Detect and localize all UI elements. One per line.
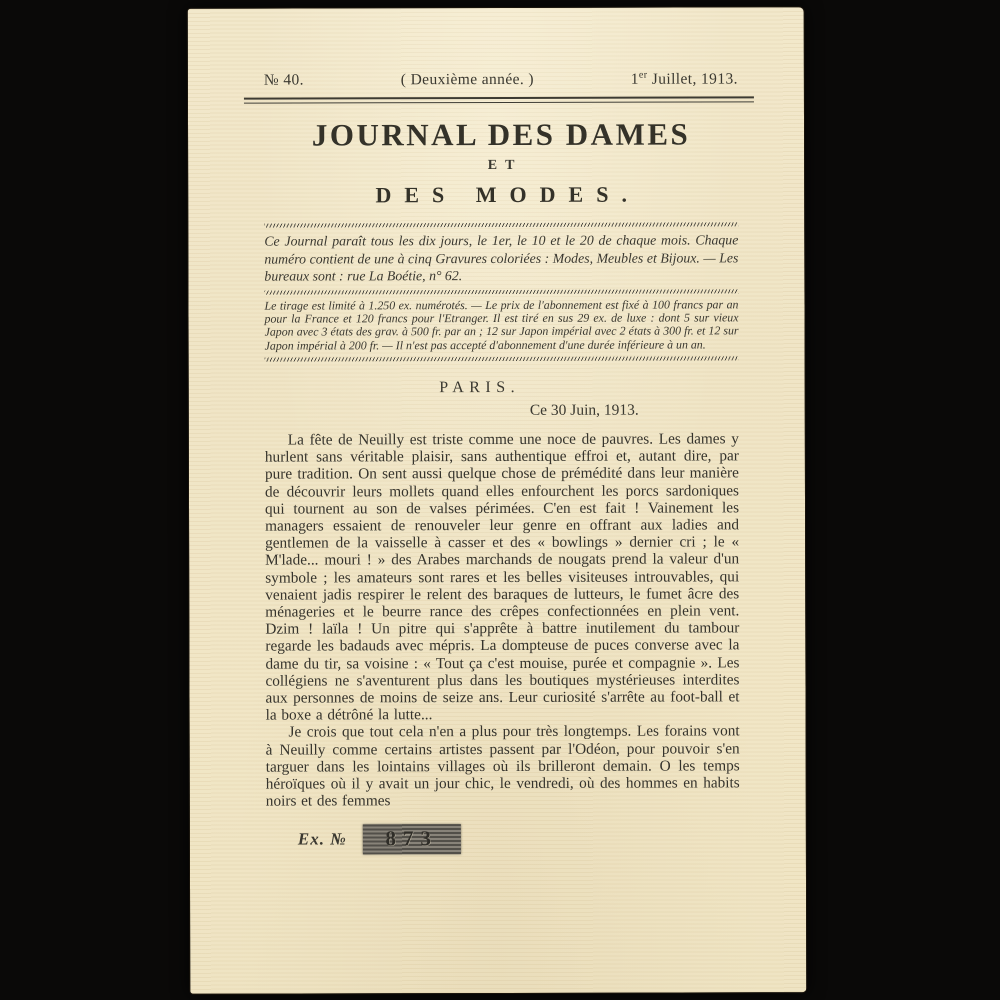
copy-number-row: Ex. № 873 xyxy=(298,824,740,855)
issue-number: № 40. xyxy=(264,72,304,90)
copy-number-label: Ex. № xyxy=(298,830,347,850)
masthead-meta-row: № 40. ( Deuxième année. ) 1er Juillet, 1… xyxy=(264,7,738,89)
wavy-rule-middle xyxy=(264,289,738,294)
issue-date: 1er Juillet, 1913. xyxy=(631,69,738,88)
photo-background: № 40. ( Deuxième année. ) 1er Juillet, 1… xyxy=(0,0,1000,1000)
issue-date-rest: Juillet, 1913. xyxy=(647,71,737,88)
subscription-notice: Le tirage est limité à 1.250 ex. numérot… xyxy=(264,298,738,353)
issue-date-day: 1 xyxy=(631,71,639,88)
double-rule-divider xyxy=(244,96,754,103)
publication-notice: Ce Journal paraît tous les dix jours, le… xyxy=(264,232,738,286)
copy-number-stamp: 873 xyxy=(363,825,461,855)
article-dateline: Ce 30 Juin, 1913. xyxy=(265,401,739,420)
journal-title-des-modes: DES MODES. xyxy=(264,182,738,209)
article-paragraph: Je crois que tout cela n'en a plus pour … xyxy=(266,723,740,810)
series-label: ( Deuxième année. ) xyxy=(401,71,534,89)
issue-date-ordinal: er xyxy=(639,70,648,81)
journal-title: JOURNAL DES DAMES xyxy=(264,117,738,154)
article-heading: PARIS. xyxy=(243,378,717,397)
wavy-rule-top xyxy=(264,223,738,228)
wavy-rule-bottom xyxy=(265,356,739,361)
journal-title-et: ET xyxy=(264,158,738,175)
article-paragraph: La fête de Neuilly est triste comme une … xyxy=(265,430,740,724)
journal-page: № 40. ( Deuxième année. ) 1er Juillet, 1… xyxy=(188,7,807,994)
